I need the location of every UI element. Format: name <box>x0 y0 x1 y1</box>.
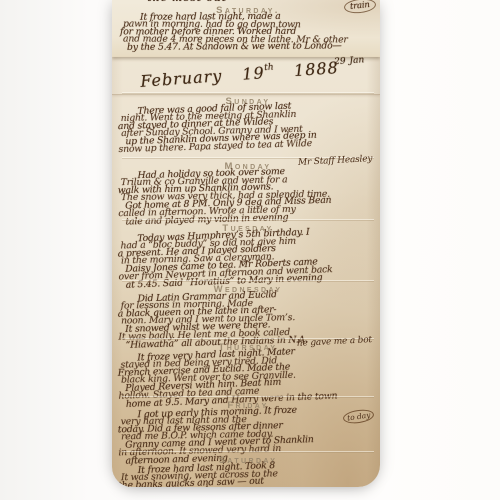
saturday-entry: It froze hard last night. Took 8It was s… <box>122 459 375 487</box>
previous-page-slip: — · the most out · — Saturday. It froze … <box>112 0 380 57</box>
day-section-thursday: Thursdayhe gave me a botIt froze very ha… <box>122 339 374 398</box>
week-date: February 19th 188829 Jan <box>140 55 366 91</box>
saturday-prev-entry: It froze hard last night, made apawn in … <box>124 13 372 51</box>
day-section-saturday: SaturdayIt froze hard last night. Took 8… <box>122 452 374 487</box>
diary-photo: — · the most out · — Saturday. It froze … <box>0 0 500 500</box>
date-correction-note: 29 Jan <box>334 55 365 67</box>
day-section-friday: FridayI got up early this morning. It fr… <box>122 397 374 453</box>
date-month: February <box>140 66 223 91</box>
day-section-wednesday: WednesdayDid Latin Grammar and Euclidfor… <box>122 281 374 340</box>
day-section-monday: MondayMr Staff HeasleyHad a holiday so t… <box>122 158 374 221</box>
date-day: 19 <box>242 63 266 84</box>
day-section-sunday: SundayThere was a good fall of snow last… <box>122 93 374 159</box>
date-year: 1888 <box>293 58 339 80</box>
diary-page: — · the most out · — Saturday. It froze … <box>112 0 380 487</box>
week-date-section: February 19th 188829 Jan <box>112 57 380 95</box>
day-section-tuesday: TuesdayToday was Humphrey’s 5th birthday… <box>122 220 374 282</box>
tuesday-entry: Today was Humphrey’s 5th birthday. Ihad … <box>121 227 375 288</box>
sunday-entry: There was a good fall of snow lastnight.… <box>121 100 374 153</box>
date-day-suffix: th <box>264 63 274 74</box>
monday-entry: Had a holiday so took over someTrilum & … <box>121 166 374 224</box>
handwriting-line: by the 5.47. At Sandown & we went to Lon… <box>127 43 375 52</box>
